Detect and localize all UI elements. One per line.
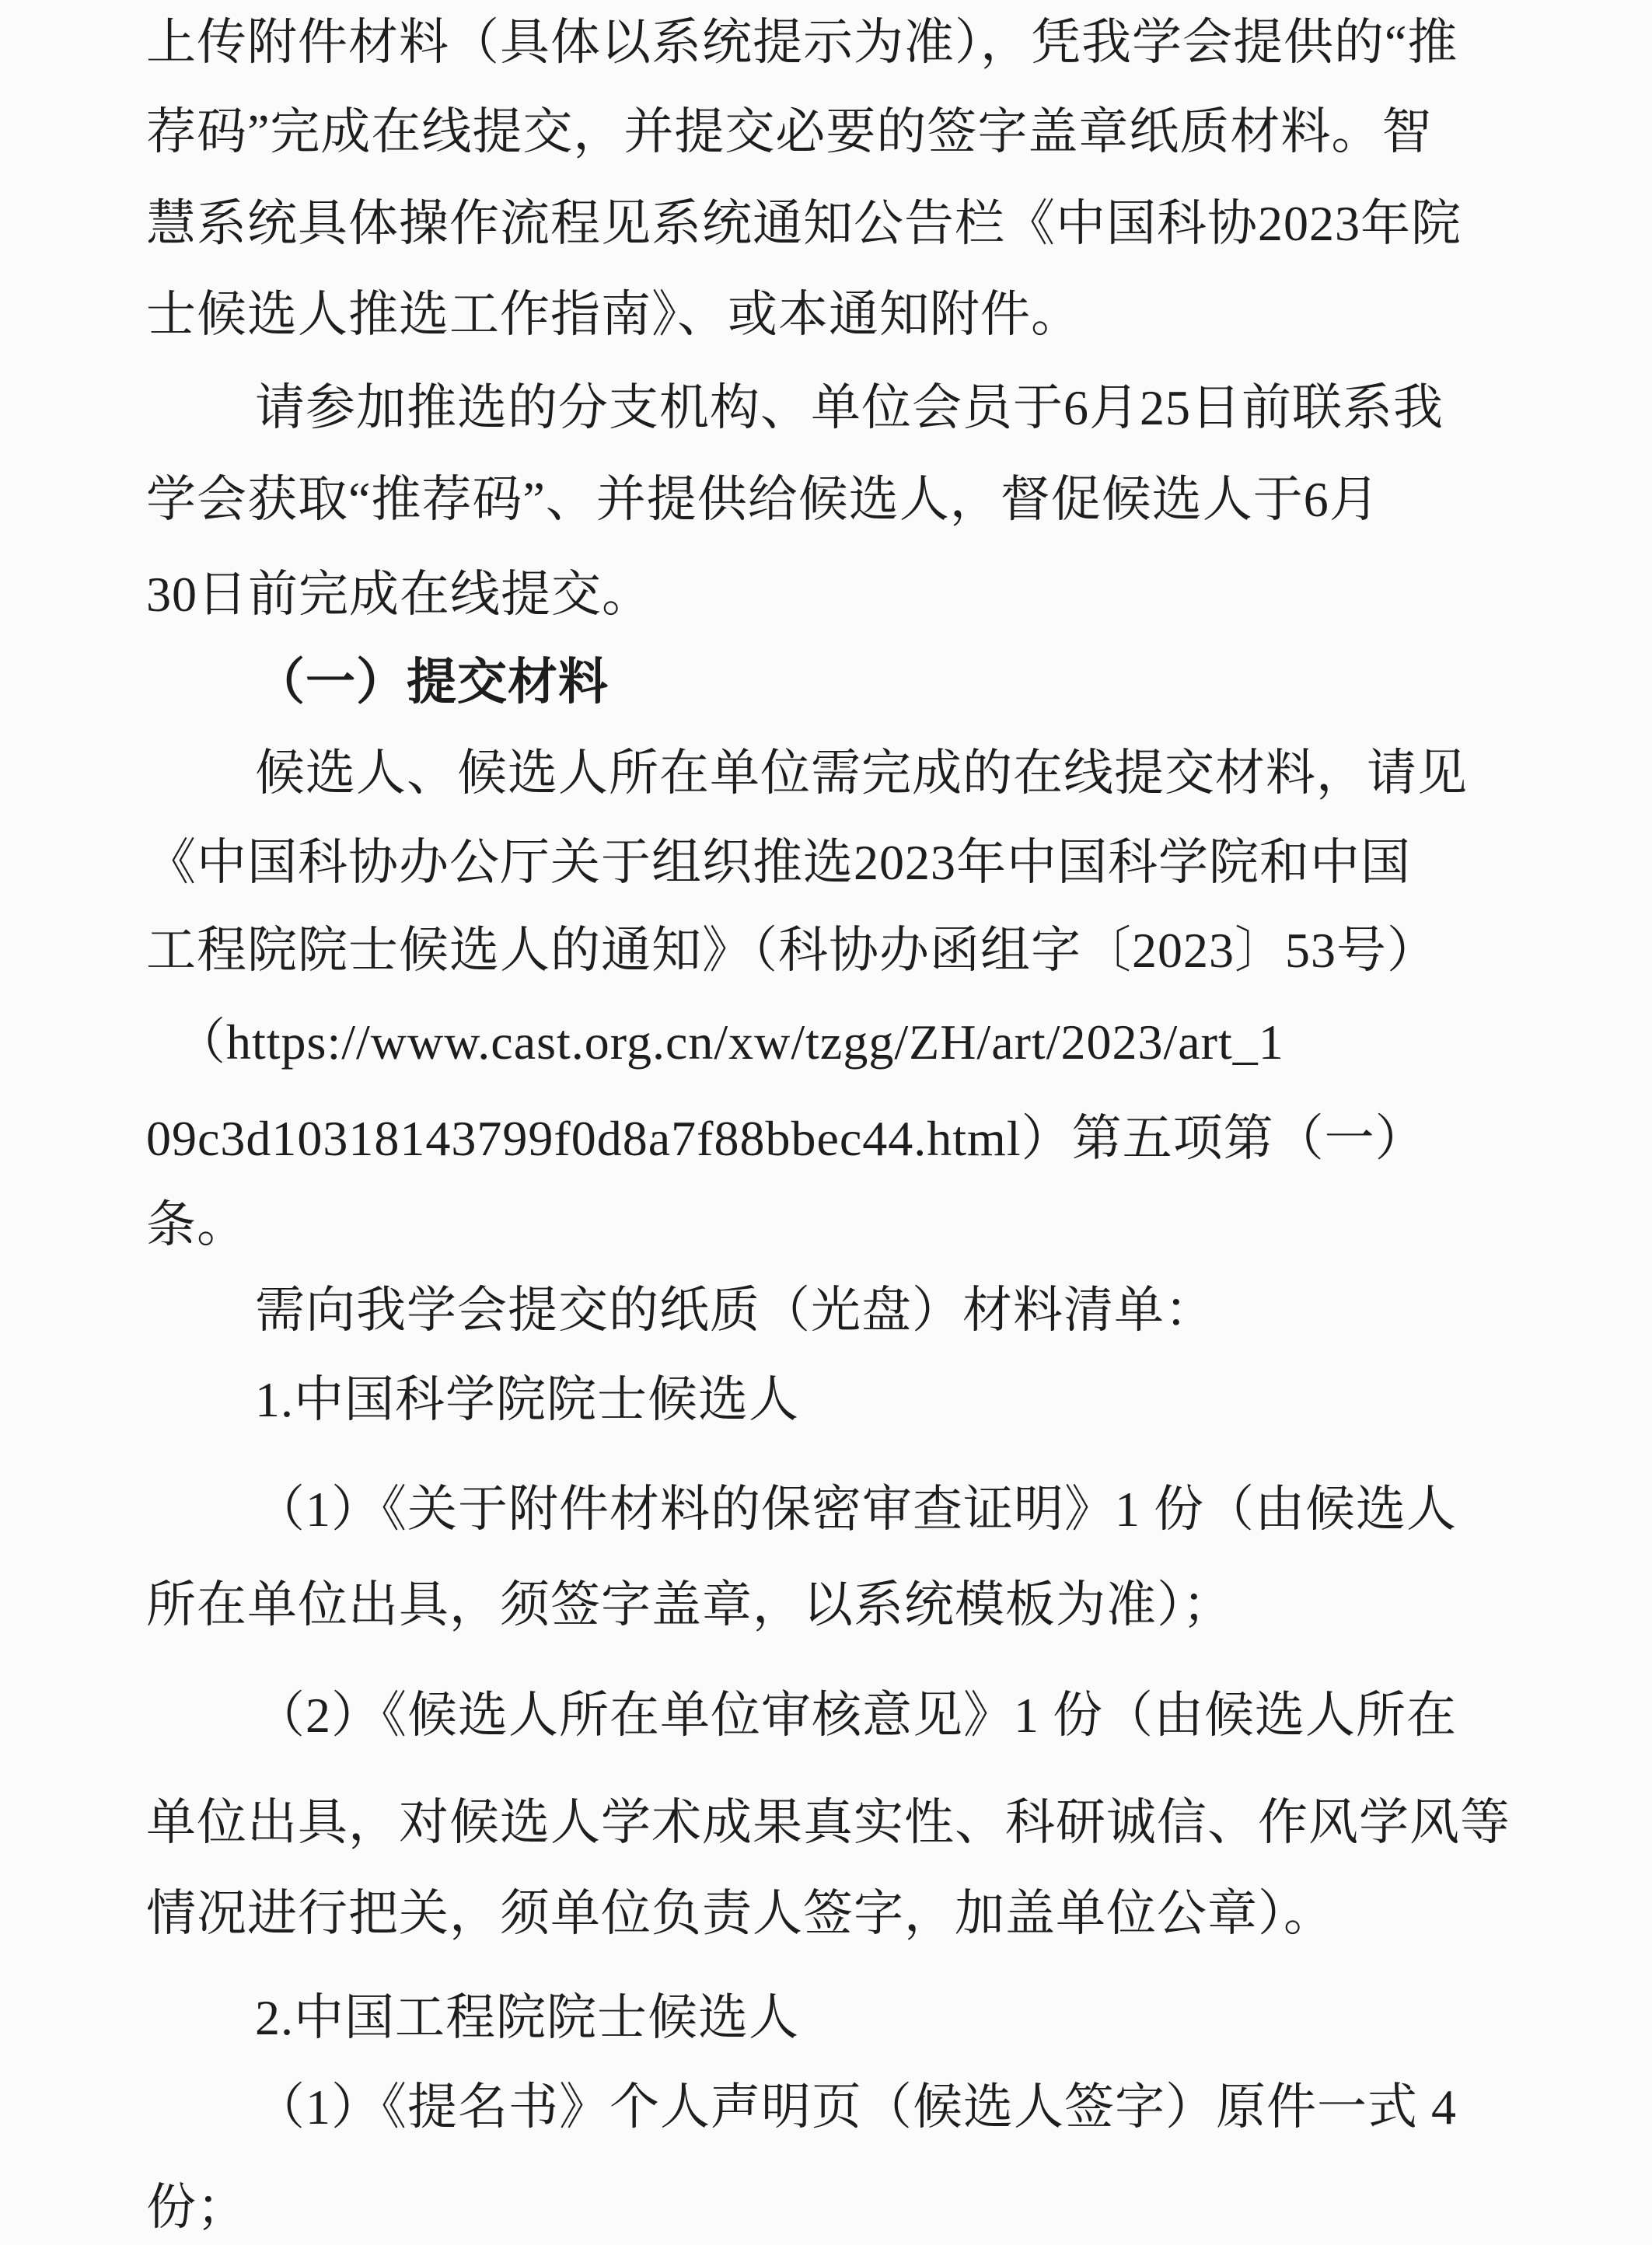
text-line: 士候选人推选工作指南》、或本通知附件。 bbox=[146, 288, 1081, 342]
text-line: 2.中国工程院院士候选人 bbox=[255, 1991, 799, 2045]
text-line: 所在单位出具，须签字盖章，以系统模板为准）； bbox=[146, 1578, 1233, 1632]
text-line: 上传附件材料（具体以系统提示为准），凭我学会提供的“推 bbox=[146, 16, 1458, 70]
text-line: 份； bbox=[146, 2180, 247, 2235]
text-line: 1.中国科学院院士候选人 bbox=[255, 1373, 799, 1427]
document-page: 上传附件材料（具体以系统提示为准），凭我学会提供的“推荐码”完成在线提交，并提交… bbox=[0, 0, 1652, 2245]
text-line: 单位出具，对候选人学术成果真实性、科研诚信、作风学风等 bbox=[146, 1796, 1511, 1850]
text-line: （1）《提名书》个人声明页（候选人签字）原件一式 4 bbox=[255, 2080, 1457, 2135]
text-line: （https://www.cast.org.cn/xw/tzgg/ZH/art/… bbox=[176, 1015, 1284, 1070]
text-line: 情况进行把关，须单位负责人签字，加盖单位公章）。 bbox=[146, 1887, 1334, 1941]
text-line: 30日前完成在线提交。 bbox=[146, 567, 652, 622]
text-line: 《中国科协办公厅关于组织推选2023年中国科学院和中国 bbox=[146, 836, 1411, 890]
text-line: 条。 bbox=[146, 1198, 247, 1252]
text-line: 09c3d10318143799f0d8a7f88bbec44.html）第五项… bbox=[146, 1112, 1426, 1166]
text-line: 荐码”完成在线提交，并提交必要的签字盖章纸质材料。智 bbox=[146, 105, 1432, 159]
text-line: 慧系统具体操作流程见系统通知公告栏《中国科协2023年院 bbox=[146, 197, 1462, 251]
text-line: （1）《关于附件材料的保密审查证明》1 份（由候选人 bbox=[255, 1482, 1457, 1537]
text-line: 请参加推选的分支机构、单位会员于6月25日前联系我 bbox=[255, 381, 1444, 435]
text-line: （2）《候选人所在单位审核意见》1 份（由候选人所在 bbox=[255, 1688, 1457, 1743]
text-line: 工程院院士候选人的通知》（科协办函组字〔2023〕53号） bbox=[146, 923, 1437, 978]
text-line: 学会获取“推荐码”、并提供给候选人，督促候选人于6月 bbox=[146, 473, 1380, 527]
text-line: 候选人、候选人所在单位需完成的在线提交材料，请见 bbox=[255, 746, 1468, 801]
text-line: 需向我学会提交的纸质（光盘）材料清单： bbox=[255, 1283, 1215, 1338]
section-heading: （一）提交材料 bbox=[255, 655, 609, 710]
